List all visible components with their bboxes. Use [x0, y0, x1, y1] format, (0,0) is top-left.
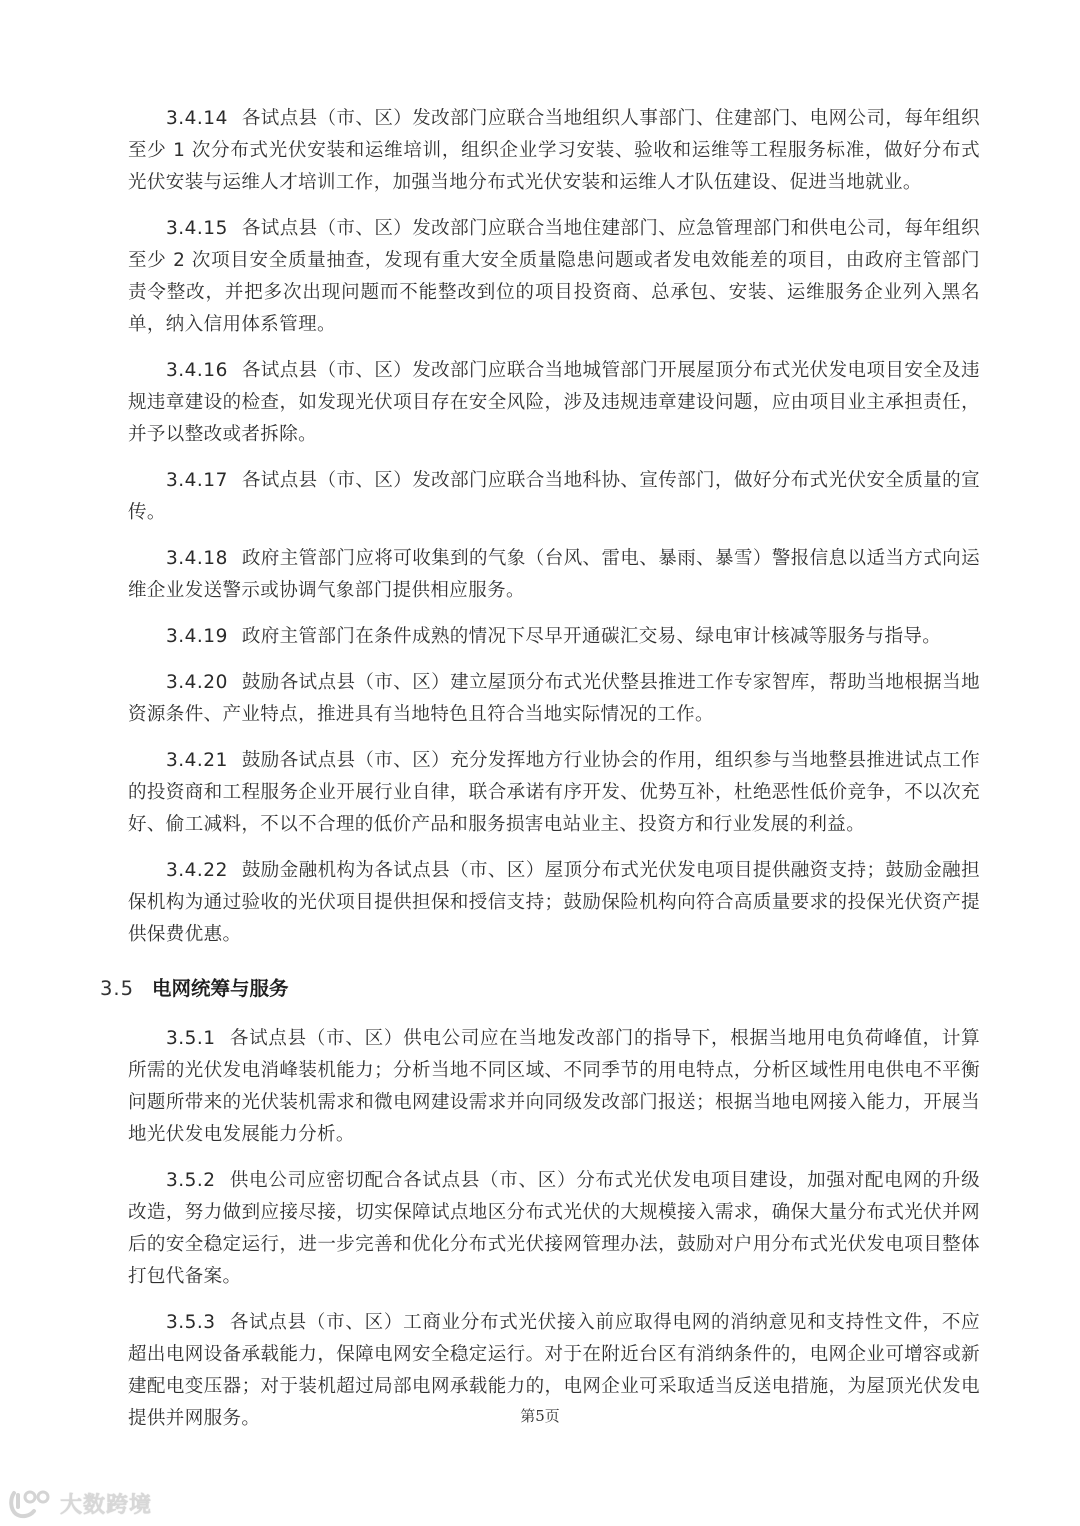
section-heading: 3.5电网统筹与服务 — [100, 973, 980, 1005]
clause-3-5-1: 3.5.1各试点县（市、区）供电公司应在当地发改部门的指导下，根据当地用电负荷峰… — [128, 1023, 980, 1151]
clause-number: 3.4.21 — [166, 750, 228, 771]
clause-3-4-18: 3.4.18政府主管部门应将可收集到的气象（台风、雷电、暴雨、暴雪）警报信息以适… — [128, 543, 980, 607]
clause-number: 3.4.14 — [166, 108, 228, 129]
watermark: 大数跨境 — [8, 1488, 152, 1519]
clause-number: 3.4.20 — [166, 672, 228, 693]
clause-3-4-14: 3.4.14各试点县（市、区）发改部门应联合当地组织人事部门、住建部门、电网公司… — [128, 103, 980, 199]
document-page: 3.4.14各试点县（市、区）发改部门应联合当地组织人事部门、住建部门、电网公司… — [128, 103, 980, 1449]
clause-3-4-16: 3.4.16各试点县（市、区）发改部门应联合当地城管部门开展屋顶分布式光伏发电项… — [128, 355, 980, 451]
clause-number: 3.4.19 — [166, 626, 228, 647]
watermark-text: 大数跨境 — [60, 1488, 152, 1519]
clause-number: 3.4.22 — [166, 860, 228, 881]
logo-icon — [8, 1489, 54, 1519]
clause-3-4-19: 3.4.19政府主管部门在条件成熟的情况下尽早开通碳汇交易、绿电审计核减等服务与… — [128, 621, 980, 653]
clause-text: 鼓励各试点县（市、区）充分发挥地方行业协会的作用，组织参与当地整县推进试点工作的… — [128, 750, 980, 835]
clause-text: 供电公司应密切配合各试点县（市、区）分布式光伏发电项目建设，加强对配电网的升级改… — [128, 1170, 980, 1287]
clause-3-4-21: 3.4.21鼓励各试点县（市、区）充分发挥地方行业协会的作用，组织参与当地整县推… — [128, 745, 980, 841]
clause-number: 3.4.17 — [166, 470, 228, 491]
clause-number: 3.5.3 — [166, 1312, 216, 1333]
clause-3-4-22: 3.4.22鼓励金融机构为各试点县（市、区）屋顶分布式光伏发电项目提供融资支持；… — [128, 855, 980, 951]
clause-number: 3.4.18 — [166, 548, 228, 569]
clause-3-4-15: 3.4.15各试点县（市、区）发改部门应联合当地住建部门、应急管理部门和供电公司… — [128, 213, 980, 341]
clause-text: 各试点县（市、区）发改部门应联合当地科协、宣传部门，做好分布式光伏安全质量的宣传… — [128, 470, 980, 523]
clause-3-5-2: 3.5.2供电公司应密切配合各试点县（市、区）分布式光伏发电项目建设，加强对配电… — [128, 1165, 980, 1293]
page-footer: 第5页 — [0, 1405, 1080, 1426]
clause-text: 各试点县（市、区）发改部门应联合当地住建部门、应急管理部门和供电公司，每年组织至… — [128, 218, 980, 335]
clause-3-4-17: 3.4.17各试点县（市、区）发改部门应联合当地科协、宣传部门，做好分布式光伏安… — [128, 465, 980, 529]
clause-text: 各试点县（市、区）发改部门应联合当地组织人事部门、住建部门、电网公司，每年组织至… — [128, 108, 980, 193]
section-title: 电网统筹与服务 — [152, 977, 289, 1000]
section-number: 3.5 — [100, 977, 134, 1000]
clause-number: 3.4.16 — [166, 360, 228, 381]
clause-text: 鼓励金融机构为各试点县（市、区）屋顶分布式光伏发电项目提供融资支持；鼓励金融担保… — [128, 860, 980, 945]
clause-text: 政府主管部门在条件成熟的情况下尽早开通碳汇交易、绿电审计核减等服务与指导。 — [242, 626, 941, 647]
clause-text: 鼓励各试点县（市、区）建立屋顶分布式光伏整县推进工作专家智库，帮助当地根据当地资… — [128, 672, 980, 725]
clause-number: 3.5.1 — [166, 1028, 216, 1049]
clause-3-4-20: 3.4.20鼓励各试点县（市、区）建立屋顶分布式光伏整县推进工作专家智库，帮助当… — [128, 667, 980, 731]
clause-number: 3.5.2 — [166, 1170, 216, 1191]
page-number: 第5页 — [520, 1407, 560, 1425]
clause-text: 政府主管部门应将可收集到的气象（台风、雷电、暴雨、暴雪）警报信息以适当方式向运维… — [128, 548, 980, 601]
clause-text: 各试点县（市、区）供电公司应在当地发改部门的指导下，根据当地用电负荷峰值，计算所… — [128, 1028, 980, 1145]
clause-text: 各试点县（市、区）发改部门应联合当地城管部门开展屋顶分布式光伏发电项目安全及违规… — [128, 360, 980, 445]
clause-number: 3.4.15 — [166, 218, 228, 239]
